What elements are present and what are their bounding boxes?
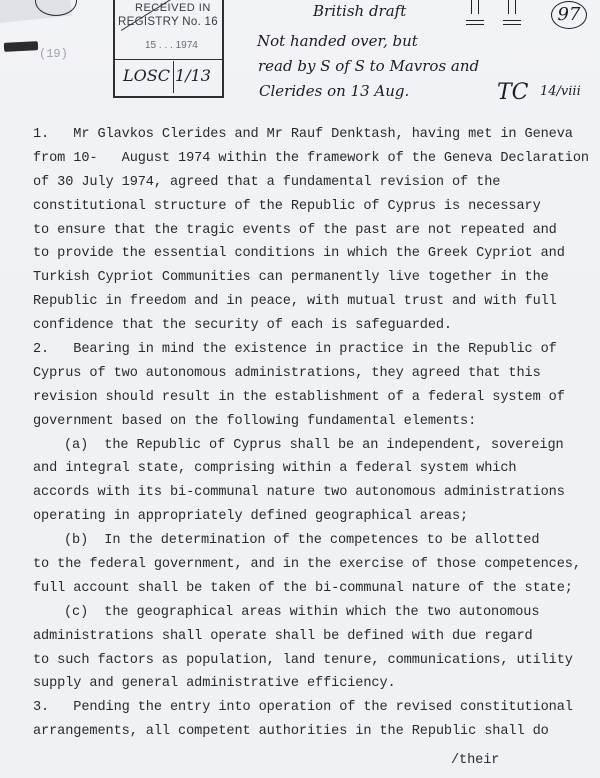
text-line: and integral state, comprising within a …: [33, 457, 593, 481]
catchword: /their: [33, 749, 593, 773]
figure-doodle-icon: [466, 0, 482, 20]
handwritten-note-line4: Clerides on 13 Aug.: [259, 82, 409, 100]
text-line: arrangements, all competent authorities …: [33, 720, 593, 744]
text-line: confidence that the security of each is …: [33, 314, 593, 338]
text-line: (c) the geographical areas within which …: [33, 601, 593, 625]
text-line: (a) the Republic of Cyprus shall be an i…: [33, 434, 593, 458]
document-page: (19) RECEIVED IN REGISTRY No. 16 15 . . …: [0, 0, 600, 778]
text-line: accords with its bi-communal nature two …: [33, 481, 593, 505]
text-line: to ensure that the tragic events of the …: [33, 219, 593, 243]
subclause-b: (b) In the determination of the competen…: [33, 529, 593, 601]
text-line: to provide the essential conditions in w…: [33, 242, 593, 266]
text-line: supply and general administrative effici…: [33, 672, 593, 696]
handwritten-note-line2: Not handed over, but: [257, 32, 418, 50]
text-line: to the federal government, and in the ex…: [33, 553, 593, 577]
text-line: revision should result in the establishm…: [33, 386, 593, 410]
handwritten-initials: TC: [497, 80, 529, 105]
text-line: 1. Mr Glavkos Clerides and Mr Rauf Denkt…: [33, 123, 593, 147]
text-line: operating in appropriately defined geogr…: [33, 505, 593, 529]
figure-doodle-icon: [503, 0, 519, 20]
text-line: to such factors as population, land tenu…: [33, 649, 593, 673]
text-line: constitutional structure of the Republic…: [33, 195, 593, 219]
text-line: Cyprus of two autonomous administrations…: [33, 362, 593, 386]
text-line: of 30 July 1974, agreed that a fundament…: [33, 171, 593, 195]
paragraph-3: 3. Pending the entry into operation of t…: [33, 696, 593, 744]
margin-mark: (19): [39, 47, 68, 61]
text-line: Republic in freedom and in peace, with m…: [33, 290, 593, 314]
text-line: government based on the following fundam…: [33, 410, 593, 434]
subclause-a: (a) the Republic of Cyprus shall be an i…: [33, 434, 593, 530]
stamp-received: RECEIVED IN: [135, 2, 211, 14]
text-line: (b) In the determination of the competen…: [33, 529, 593, 553]
paragraph-1: 1. Mr Glavkos Clerides and Mr Rauf Denkt…: [33, 123, 593, 338]
paragraph-2: 2. Bearing in mind the existence in prac…: [33, 338, 593, 696]
stamp-divider: [115, 59, 222, 60]
text-line: full account shall be taken of the bi-co…: [33, 577, 593, 601]
redaction-marker: [4, 41, 38, 52]
handwritten-note-line1: British draft: [313, 2, 406, 20]
folio-number: 97: [551, 1, 587, 29]
text-line: 2. Bearing in mind the existence in prac…: [33, 338, 593, 362]
subclause-c: (c) the geographical areas within which …: [33, 601, 593, 697]
text-line: from 10- August 1974 within the framewor…: [33, 147, 593, 171]
handwritten-initials-date: 14/viii: [540, 84, 581, 99]
text-line: Turkish Cypriot Communities can permanen…: [33, 266, 593, 290]
document-body: 1. Mr Glavkos Clerides and Mr Rauf Denkt…: [33, 123, 593, 773]
handwritten-note-line3: read by S of S to Mavros and: [258, 57, 479, 75]
stamp-date: 15 . . . 1974: [145, 40, 198, 51]
text-line: administrations shall operate shall be d…: [33, 625, 593, 649]
registry-stamp: RECEIVED IN REGISTRY No. 16 15 . . . 197…: [113, 0, 224, 98]
text-line: 3. Pending the entry into operation of t…: [33, 696, 593, 720]
stamp-reference: LOSC 1/13: [123, 66, 211, 85]
